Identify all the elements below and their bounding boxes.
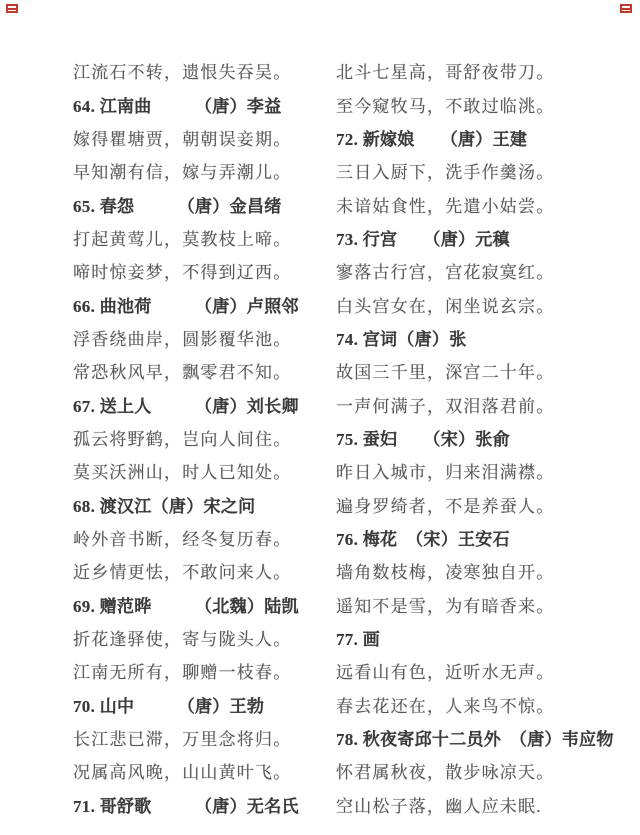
poem-verse-line: 遍身罗绮者，不是养蚕人。 xyxy=(336,487,614,520)
poem-verse-line: 空山松子落，幽人应未眠. xyxy=(336,788,614,821)
poem-verse-line: 岭外音书断，经冬复历春。 xyxy=(73,521,336,554)
poem-title-line: 77. 画 xyxy=(336,621,614,654)
poem-title-line: 71. 哥舒歌 （唐）无名氏 xyxy=(73,788,336,821)
poem-title-line: 74. 宫词（唐）张 xyxy=(336,321,614,354)
poem-verse-line: 浮香绕曲岸，圆影覆华池。 xyxy=(73,321,336,354)
right-column: 北斗七星高，哥舒夜带刀。至今窥牧马，不敢过临洮。72. 新嫁娘 （唐）王建三日入… xyxy=(336,54,614,821)
red-corner-mark-left-icon xyxy=(6,4,18,13)
left-column: 江流石不转，遗恨失吞吴。64. 江南曲 （唐）李益嫁得瞿塘贾，朝朝误妾期。早知潮… xyxy=(0,54,336,821)
poem-verse-line: 墙角数枝梅，凌寒独自开。 xyxy=(336,554,614,587)
poem-verse-line: 江南无所有，聊赠一枝春。 xyxy=(73,654,336,687)
poem-verse-line: 近乡情更怯，不敢问来人。 xyxy=(73,554,336,587)
poem-verse-line: 早知潮有信，嫁与弄潮儿。 xyxy=(73,154,336,187)
poem-title-line: 68. 渡汉江（唐）宋之问 xyxy=(73,487,336,520)
poem-title-line: 78. 秋夜寄邱十二员外 （唐）韦应物 xyxy=(336,721,614,754)
poem-verse-line: 常恐秋风早，飘零君不知。 xyxy=(73,354,336,387)
red-corner-mark-right-icon xyxy=(620,4,632,13)
poem-title-line: 76. 梅花 （宋）王安石 xyxy=(336,521,614,554)
poem-title-line: 67. 送上人 （唐）刘长卿 xyxy=(73,387,336,420)
poem-verse-line: 莫买沃洲山，时人已知处。 xyxy=(73,454,336,487)
poem-title-line: 70. 山中 （唐）王勃 xyxy=(73,688,336,721)
poem-title-line: 64. 江南曲 （唐）李益 xyxy=(73,87,336,120)
poem-verse-line: 打起黄莺儿，莫教枝上啼。 xyxy=(73,221,336,254)
poem-verse-line: 折花逢驿使，寄与陇头人。 xyxy=(73,621,336,654)
poem-verse-line: 三日入厨下，洗手作羹汤。 xyxy=(336,154,614,187)
poem-title-line: 65. 春怨 （唐）金昌绪 xyxy=(73,187,336,220)
poem-verse-line: 远看山有色，近听水无声。 xyxy=(336,654,614,687)
poem-verse-line: 嫁得瞿塘贾，朝朝误妾期。 xyxy=(73,121,336,154)
two-column-layout: 江流石不转，遗恨失吞吴。64. 江南曲 （唐）李益嫁得瞿塘贾，朝朝误妾期。早知潮… xyxy=(0,0,640,821)
poem-verse-line: 寥落古行宫，宫花寂寞红。 xyxy=(336,254,614,287)
poem-verse-line: 北斗七星高，哥舒夜带刀。 xyxy=(336,54,614,87)
poem-verse-line: 遥知不是雪，为有暗香来。 xyxy=(336,588,614,621)
poem-verse-line: 一声何满子，双泪落君前。 xyxy=(336,387,614,420)
poem-verse-line: 春去花还在，人来鸟不惊。 xyxy=(336,688,614,721)
poem-title-line: 72. 新嫁娘 （唐）王建 xyxy=(336,121,614,154)
poem-verse-line: 故国三千里，深宫二十年。 xyxy=(336,354,614,387)
poem-title-line: 66. 曲池荷 （唐）卢照邻 xyxy=(73,287,336,320)
poem-title-line: 75. 蚕妇 （宋）张俞 xyxy=(336,421,614,454)
poem-verse-line: 未谙姑食性，先遣小姑尝。 xyxy=(336,187,614,220)
poem-verse-line: 孤云将野鹤，岂向人间住。 xyxy=(73,421,336,454)
poem-verse-line: 江流石不转，遗恨失吞吴。 xyxy=(73,54,336,87)
poem-verse-line: 长江悲已滞，万里念将归。 xyxy=(73,721,336,754)
poem-verse-line: 况属高风晚，山山黄叶飞。 xyxy=(73,754,336,787)
poem-verse-line: 白头宫女在，闲坐说玄宗。 xyxy=(336,287,614,320)
poem-verse-line: 至今窥牧马，不敢过临洮。 xyxy=(336,87,614,120)
poem-list-document-page: 江流石不转，遗恨失吞吴。64. 江南曲 （唐）李益嫁得瞿塘贾，朝朝误妾期。早知潮… xyxy=(0,0,640,835)
poem-title-line: 73. 行宫 （唐）元稹 xyxy=(336,221,614,254)
poem-verse-line: 啼时惊妾梦，不得到辽西。 xyxy=(73,254,336,287)
poem-verse-line: 怀君属秋夜，散步咏凉天。 xyxy=(336,754,614,787)
poem-verse-line: 昨日入城市，归来泪满襟。 xyxy=(336,454,614,487)
poem-title-line: 69. 赠范晔 （北魏）陆凯 xyxy=(73,588,336,621)
